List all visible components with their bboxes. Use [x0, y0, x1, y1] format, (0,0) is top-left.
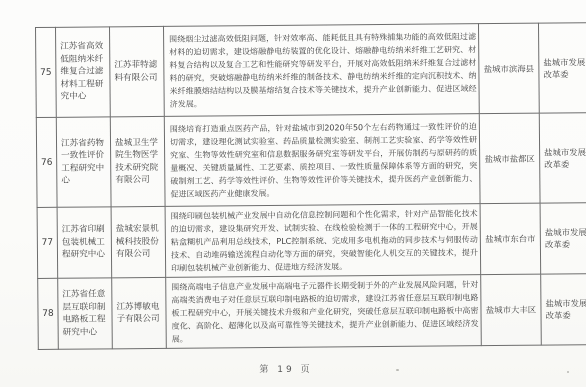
scanned-document-page: 75 江苏省高效低阻纳米纤维复合过滤材料工程研究中心 江苏菲特滤料有限公司 围绕…: [0, 0, 586, 387]
location-cell: 盐城市东台市: [480, 203, 541, 275]
row-number-cell: 76: [36, 117, 57, 207]
table-row: 76 江苏省药物一致性评价工程研究中心 盐城卫生学院生物医学技术研究院有限公司 …: [36, 113, 586, 208]
row-number-cell: 75: [36, 27, 57, 117]
description-cell: 围绕烟尘过滤高效低阻问题，针对效率高、能耗低且具有特殊捕集功能的高效低阻过滤材料…: [163, 24, 479, 117]
scan-artifact-speck: [567, 371, 569, 373]
scan-artifact-speck: [396, 369, 399, 371]
table-row: 78 江苏省任意层互联印制电路板工程研究中心 江苏博敏电子有限公司 围绕高端电子…: [38, 274, 586, 350]
row-number-cell: 78: [38, 278, 59, 349]
row-number-cell: 77: [37, 207, 58, 278]
authority-cell: 盐城市发展改革委: [540, 203, 586, 274]
center-name-cell: 江苏省高效低阻纳米纤维复合过滤材料工程研究中心: [56, 27, 111, 117]
description-cell: 围绕印刷包装机械产业发展中自动化信息控制问题和个性化需求，针对产品智能化技术的迫…: [165, 204, 481, 278]
center-name-cell: 江苏省印刷包装机械工程研究中心: [57, 207, 112, 278]
location-cell: 盐城市滨海县: [478, 23, 539, 114]
center-name-cell: 江苏省任意层互联印制电路板工程研究中心: [58, 278, 113, 349]
center-name-cell: 江苏省药物一致性评价工程研究中心: [56, 117, 111, 207]
table-row: 75 江苏省高效低阻纳米纤维复合过滤材料工程研究中心 江苏菲特滤料有限公司 围绕…: [36, 23, 586, 118]
engineering-research-centers-table: 75 江苏省高效低阻纳米纤维复合过滤材料工程研究中心 江苏菲特滤料有限公司 围绕…: [35, 22, 586, 350]
company-cell: 江苏菲特滤料有限公司: [110, 26, 165, 116]
authority-cell: 盐城市发展改革委: [539, 113, 586, 203]
description-cell: 围绕培育打造重点医药产品，针对盐城市到2020年50个左右药物通过一致性评价的迫…: [164, 114, 480, 207]
company-cell: 盐城宏景机械科技股份有限公司: [111, 206, 166, 277]
approval-table-wrap: 75 江苏省高效低阻纳米纤维复合过滤材料工程研究中心 江苏菲特滤料有限公司 围绕…: [35, 22, 586, 350]
page-number-footer: 第 19 页: [0, 362, 572, 375]
location-cell: 盐城市大丰区: [481, 274, 542, 346]
description-cell: 围绕高端电子信息产业发展中高端电子元器件长期受制于外的产业发展风险问题，针对高端…: [166, 275, 482, 349]
company-cell: 江苏博敏电子有限公司: [112, 277, 167, 348]
authority-cell: 盐城市发展改革委: [538, 23, 586, 113]
table-row: 77 江苏省印刷包装机械工程研究中心 盐城宏景机械科技股份有限公司 围绕印刷包装…: [37, 203, 586, 279]
location-cell: 盐城市盐都区: [479, 113, 540, 204]
authority-cell: 盐城市发展改革委: [541, 274, 586, 345]
company-cell: 盐城卫生学院生物医学技术研究院有限公司: [110, 116, 165, 206]
